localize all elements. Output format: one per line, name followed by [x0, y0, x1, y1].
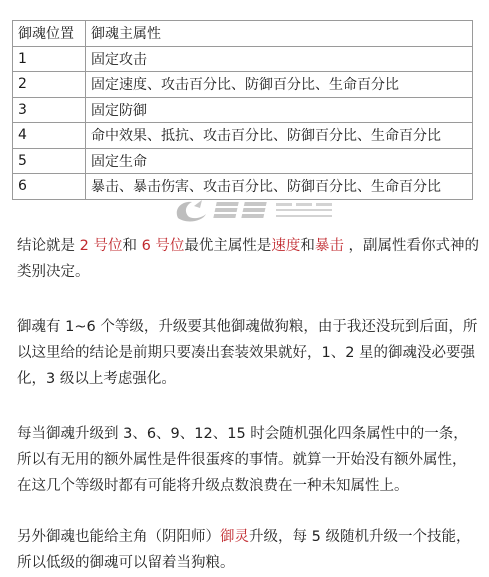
table-row: 4 命中效果、抵抗、攻击百分比、防御百分比、生命百分比 — [13, 123, 473, 149]
cell-attribute: 固定速度、攻击百分比、防御百分比、生命百分比 — [86, 72, 473, 98]
table-header-row: 御魂位置 御魂主属性 — [13, 21, 473, 47]
cell-attribute: 固定生命 — [86, 148, 473, 174]
cell-position: 4 — [13, 123, 86, 149]
highlight-position-2: 2 号位 — [80, 238, 123, 254]
cell-position: 6 — [13, 174, 86, 200]
cell-attribute: 暴击、暴击伤害、攻击百分比、防御百分比、生命百分比 — [86, 174, 473, 200]
table-row: 5 固定生命 — [13, 148, 473, 174]
cell-position: 3 — [13, 97, 86, 123]
soul-level-paragraph: 御魂有 1~6 个等级，升级要其他御魂做狗粮，由于我还没玩到后面，所以这里给的结… — [17, 314, 479, 392]
text-span: 和 — [122, 238, 141, 254]
soul-attribute-table: 御魂位置 御魂主属性 1 固定攻击 2 固定速度、攻击百分比、防御百分比、生命百… — [12, 20, 473, 200]
text-span: 另外御魂也能给主角（阴阳师） — [17, 529, 220, 545]
highlight-crit: 暴击 — [315, 238, 344, 254]
header-soul-main-attribute: 御魂主属性 — [86, 21, 473, 47]
site-logo-watermark-icon — [172, 196, 347, 226]
soul-upgrade-paragraph: 每当御魂升级到 3、6、9、12、15 时会随机强化四条属性中的一条，所以有无用… — [17, 421, 479, 499]
table-row: 1 固定攻击 — [13, 46, 473, 72]
cell-position: 5 — [13, 148, 86, 174]
soul-feed-paragraph: 另外御魂也能给主角（阴阳师）御灵升级，每 5 级随机升级一个技能，所以低级的御魂… — [17, 524, 479, 576]
cell-position: 1 — [13, 46, 86, 72]
cell-attribute: 命中效果、抵抗、攻击百分比、防御百分比、生命百分比 — [86, 123, 473, 149]
text-span: 和 — [300, 238, 315, 254]
cell-attribute: 固定攻击 — [86, 46, 473, 72]
table-row: 6 暴击、暴击伤害、攻击百分比、防御百分比、生命百分比 — [13, 174, 473, 200]
text-span: 最优主属性是 — [184, 238, 271, 254]
table-row: 3 固定防御 — [13, 97, 473, 123]
cell-attribute: 固定防御 — [86, 97, 473, 123]
highlight-position-6: 6 号位 — [142, 238, 185, 254]
table-row: 2 固定速度、攻击百分比、防御百分比、生命百分比 — [13, 72, 473, 98]
text-span: 结论就是 — [17, 238, 80, 254]
highlight-speed: 速度 — [271, 238, 300, 254]
cell-position: 2 — [13, 72, 86, 98]
header-soul-position: 御魂位置 — [13, 21, 86, 47]
highlight-yuling: 御灵 — [220, 529, 249, 545]
conclusion-paragraph: 结论就是 2 号位和 6 号位最优主属性是速度和暴击 ，副属性看你式神的类别决定… — [17, 233, 479, 285]
